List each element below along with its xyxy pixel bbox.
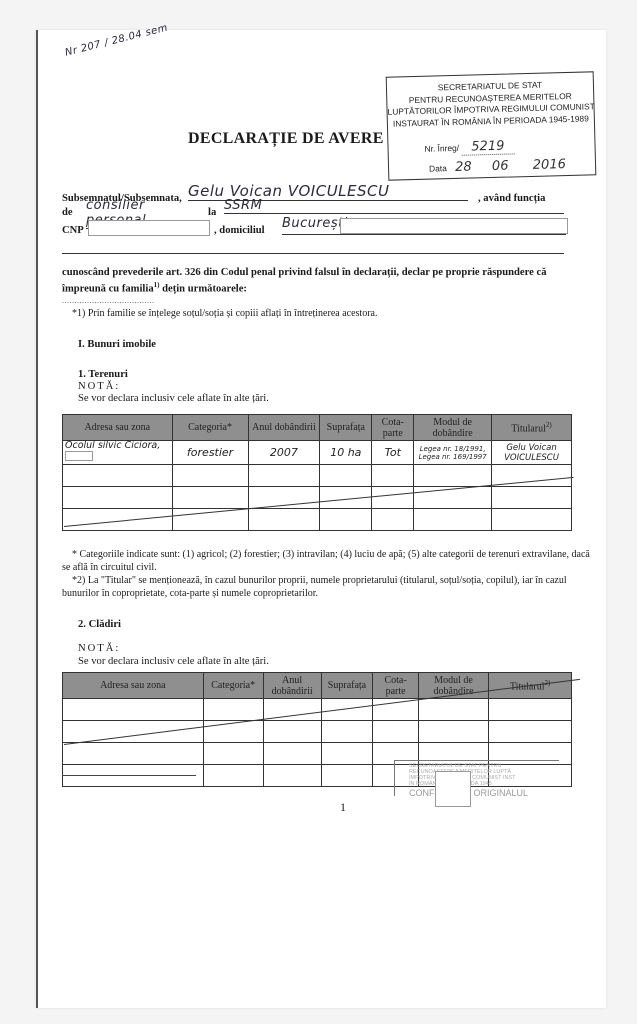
stamp-redacted	[435, 771, 471, 807]
stamp-date-month: 06	[492, 159, 509, 174]
cell-suprafata: 10 ha	[320, 441, 372, 465]
cell	[489, 699, 572, 721]
table-header-row: Adresa sau zona Categoria* Anul dobândir…	[63, 415, 572, 441]
document-title: DECLARAȚIE DE AVERE	[188, 130, 384, 148]
col-header-anul: Anul dobândirii	[263, 673, 321, 699]
cell	[263, 721, 321, 743]
cell-cota: Tot	[372, 441, 414, 465]
cell	[203, 765, 263, 787]
cnp-redacted-field	[88, 220, 210, 236]
handwritten-registration-note: Nr 207 / 28.04 sem	[64, 22, 169, 58]
footnote-separator: .....................................	[62, 296, 155, 305]
col-header-anul: Anul dobândirii	[248, 415, 320, 441]
col-header-suprafata: Suprafața	[320, 415, 372, 441]
domicile-continuation-line	[62, 253, 564, 254]
document-page: Nr 207 / 28.04 sem SECRETARIATUL DE STAT…	[36, 30, 606, 1008]
cell-titular: Gelu Voican VOICULESCU	[492, 441, 572, 465]
cell-text: Ocolul silvic Ciciora,	[65, 440, 160, 451]
cell	[372, 509, 414, 531]
col-header-categoria: Categoria*	[203, 673, 263, 699]
cell-categoria: forestier	[172, 441, 248, 465]
cell	[373, 721, 419, 743]
registration-stamp: SECRETARIATUL DE STAT PENTRU RECUNOAȘTER…	[386, 71, 597, 180]
declaration-intro: cunoscând prevederile art. 326 din Codul…	[62, 266, 582, 296]
col-header-adresa: Adresa sau zona	[63, 415, 173, 441]
cell	[492, 487, 572, 509]
cell	[63, 721, 204, 743]
cell	[414, 465, 492, 487]
stamp-conform-text: CONFORM CU ORIGINALUL	[409, 790, 559, 796]
cell	[372, 465, 414, 487]
cell	[418, 699, 488, 721]
table-header-row: Adresa sau zona Categoria* Anul dobândir…	[63, 673, 572, 699]
footer-rule	[62, 775, 196, 776]
col-header-titular: Titularul2)	[492, 415, 572, 441]
table-row	[63, 699, 572, 721]
cell	[372, 487, 414, 509]
address-redacted	[65, 451, 93, 461]
cell	[248, 509, 320, 531]
cell	[63, 487, 173, 509]
cell	[489, 721, 572, 743]
cell	[414, 509, 492, 531]
nota-text: Se vor declara inclusiv cele aflate în a…	[78, 392, 269, 405]
domicile-redacted-field	[340, 218, 568, 234]
cell	[263, 743, 321, 765]
cell	[203, 699, 263, 721]
cell	[63, 699, 204, 721]
cell	[63, 509, 173, 531]
conform-stamp: SECRETARIATUL DE STAT PENTRU RECUNOAȘTER…	[394, 760, 559, 796]
cell	[203, 743, 263, 765]
titular-sup: 2)	[546, 421, 552, 429]
col-header-cota: Cota-parte	[372, 415, 414, 441]
cell	[263, 765, 321, 787]
table-row	[63, 487, 572, 509]
table-row	[63, 465, 572, 487]
label-domiciliul: , domiciliul	[214, 224, 265, 237]
cell	[492, 509, 572, 531]
cell	[63, 743, 204, 765]
intro-text: cunoscând prevederile art. 326 din Codul…	[62, 267, 547, 295]
label-de: de	[62, 206, 73, 219]
stamp-line: ÎN ROMÂNIA ÎN PERIOADA 1945	[409, 781, 559, 787]
titular-label: Titularul	[511, 424, 546, 435]
cell	[172, 465, 248, 487]
col-header-adresa: Adresa sau zona	[63, 673, 204, 699]
cell-modul: Legea nr. 18/1991, Legea nr. 169/1997	[414, 441, 492, 465]
nota-text-2: Se vor declara inclusiv cele aflate în a…	[78, 655, 269, 668]
cell	[320, 465, 372, 487]
section-bunuri-imobile: I. Bunuri imobile	[78, 338, 156, 351]
label-la: la	[208, 206, 216, 219]
col-header-suprafata: Suprafața	[321, 673, 373, 699]
cell	[248, 465, 320, 487]
subsection-cladiri: 2. Clădiri	[78, 618, 121, 631]
declarant-domicile: București	[282, 216, 348, 231]
footnote-family: *1) Prin familie se înțelege soțul/soția…	[72, 307, 377, 320]
col-header-modul: Modul de dobândire	[414, 415, 492, 441]
table-row	[63, 721, 572, 743]
declarant-institution: SSRM	[224, 198, 564, 214]
page-number: 1	[340, 800, 346, 815]
table-row: Ocolul silvic Ciciora, forestier 2007 10…	[63, 441, 572, 465]
stamp-reg-number: 5219	[461, 138, 514, 155]
terenuri-table: Adresa sau zona Categoria* Anul dobândir…	[62, 414, 572, 531]
domicile-underline	[282, 234, 566, 235]
cell-anul: 2007	[248, 441, 320, 465]
cell	[63, 465, 173, 487]
footnote-titular: *2) La "Titular" se menționează, în cazu…	[62, 574, 592, 600]
intro-end: dețin următoarele:	[159, 284, 246, 295]
col-header-categoria: Categoria*	[172, 415, 248, 441]
stamp-date-day: 28	[455, 160, 472, 175]
label-cnp: CNP	[62, 224, 84, 237]
cell	[418, 721, 488, 743]
footnote-categorii: * Categoriile indicate sunt: (1) agricol…	[62, 548, 592, 574]
col-header-cota: Cota-parte	[373, 673, 419, 699]
cell	[321, 743, 373, 765]
stamp-date-label: Data	[429, 163, 447, 173]
cell	[321, 765, 373, 787]
nota-label-2: NOTĂ:	[78, 642, 120, 655]
cell	[321, 721, 373, 743]
cell	[320, 509, 372, 531]
stamp-date-year: 2016	[533, 157, 566, 173]
cell	[172, 487, 248, 509]
cell-adresa: Ocolul silvic Ciciora,	[63, 441, 173, 465]
stamp-reg-label: Nr. Înreg/	[424, 143, 459, 154]
